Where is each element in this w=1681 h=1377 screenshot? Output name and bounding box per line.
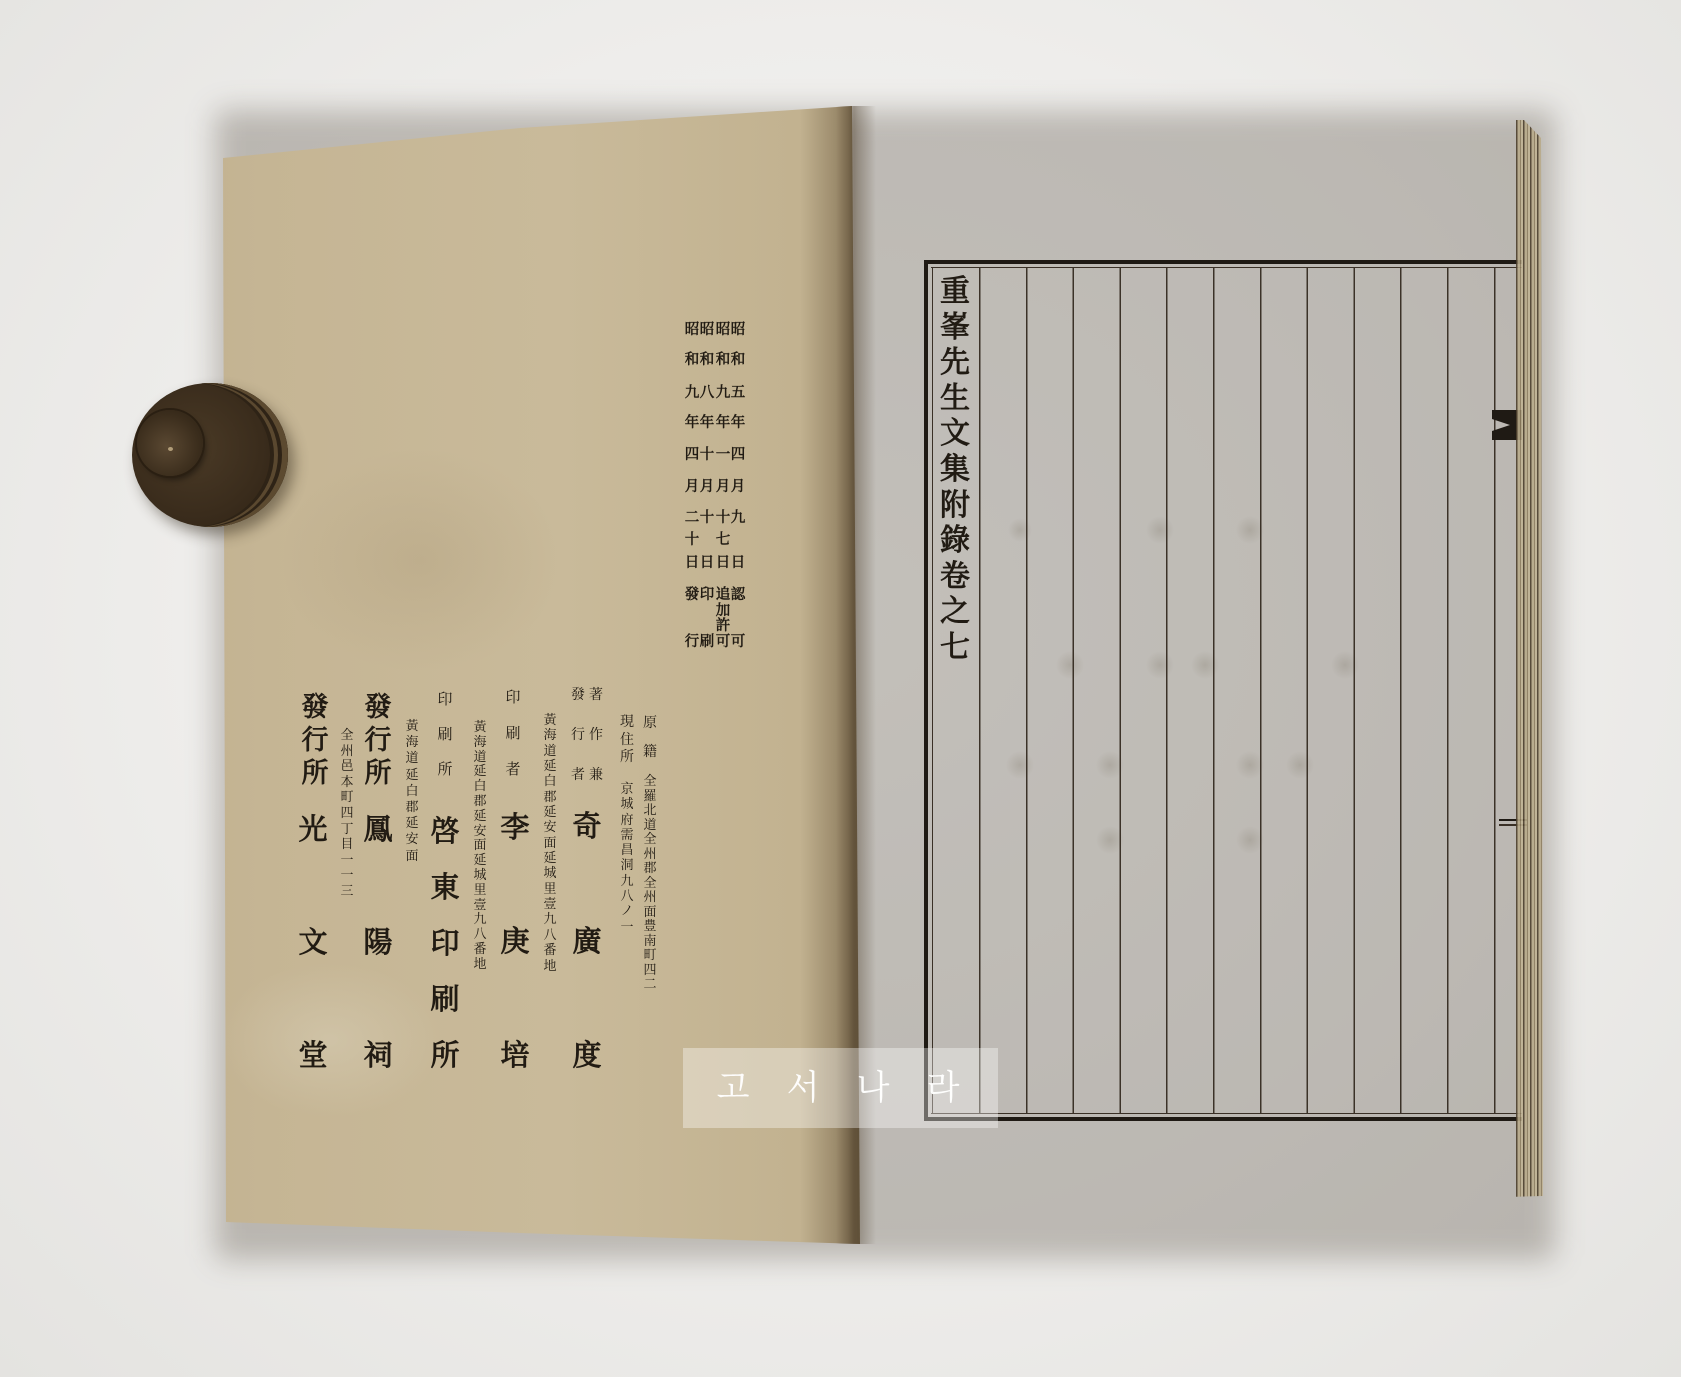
glyph: 和: [715, 352, 731, 367]
glyph: 集: [937, 455, 973, 485]
glyph: 番: [541, 944, 559, 959]
glyph: 道: [641, 819, 659, 834]
glyph: 發: [299, 694, 331, 721]
glyph: 刷: [504, 726, 522, 741]
glyph: 邑: [338, 760, 356, 776]
glyph: 九: [471, 913, 489, 928]
glyph: 地: [541, 960, 559, 975]
glyph: 一: [338, 869, 356, 885]
glyph: 安: [403, 833, 421, 849]
date-era: 昭和: [684, 322, 700, 367]
glyph: 白: [403, 785, 421, 801]
glyph: 加: [715, 603, 731, 618]
glyph: 豊: [641, 920, 659, 935]
frame-border-left-inner: [932, 267, 933, 1114]
glyph: 地: [471, 958, 489, 973]
glyph: 啓: [428, 817, 462, 846]
glyph: 陽: [361, 928, 395, 957]
glyph: 原: [641, 716, 659, 730]
glyph: 所: [428, 1041, 462, 1070]
glyph: 町: [338, 791, 356, 807]
glyph: 白: [471, 780, 489, 795]
glyph: 서: [768, 1071, 838, 1105]
glyph: 全: [641, 833, 659, 848]
glyph: 文: [296, 928, 330, 957]
glyph: 發: [362, 694, 394, 721]
glyph: 城: [471, 869, 489, 884]
glyph: 度: [570, 1041, 604, 1070]
glyph: 九: [730, 510, 746, 532]
frame-border-top: [925, 260, 1522, 264]
date-day-unit: 日: [699, 555, 715, 570]
glyph: 延: [541, 852, 559, 867]
glyph: 需: [618, 829, 636, 844]
glyph: 城: [541, 867, 559, 882]
glyph: 延: [541, 760, 559, 775]
residence-label: 現住所: [618, 715, 636, 764]
glyph: 十: [684, 532, 700, 554]
glyph: 行: [299, 727, 331, 754]
glyph: 著: [587, 688, 605, 702]
glyph: 七: [937, 633, 973, 663]
date-month-unit: 月: [730, 479, 746, 494]
frame-border-bottom-inner: [931, 1113, 1522, 1114]
glyph: 延: [471, 765, 489, 780]
date-day: 十七: [715, 510, 731, 554]
glyph: 延: [471, 854, 489, 869]
ruled-column-grid: [979, 267, 1499, 1114]
glyph: 面: [403, 850, 421, 866]
glyph: 一: [618, 921, 636, 936]
publisher-1-label: 發行所: [362, 694, 394, 787]
photo-stage: 昭和 五 年 四 月 九 日 認可 昭和 九 年 一 月 十七 日 追加許可 昭…: [0, 0, 1681, 1377]
glyph: 七: [715, 532, 731, 554]
glyph: 라: [908, 1071, 978, 1105]
origin-address: 全羅北道全州郡全州面豊南町四二: [641, 775, 659, 993]
date-day: 二十: [684, 510, 700, 554]
glyph: 九: [618, 875, 636, 890]
glyph: 南: [641, 935, 659, 950]
glyph: 庚: [498, 927, 532, 956]
glyph: 和: [699, 352, 715, 367]
glyph: 全: [338, 729, 356, 745]
glyph: 鳳: [361, 815, 395, 844]
date-month: 十: [699, 447, 715, 462]
glyph: 卷: [937, 562, 973, 592]
glyph: 町: [641, 949, 659, 964]
glyph: 郡: [471, 795, 489, 810]
glyph: 文: [937, 419, 973, 449]
frame-border-left: [924, 260, 928, 1121]
glyph: 住: [618, 733, 636, 747]
glyph: 昭: [684, 322, 700, 337]
glyph: 刷: [436, 727, 454, 742]
glyph: 黃: [403, 720, 421, 736]
glyph: 面: [541, 837, 559, 852]
glyph: 昭: [699, 322, 715, 337]
glyph: 刷: [428, 985, 462, 1014]
date-month: 四: [684, 447, 700, 462]
glyph: 者: [569, 768, 587, 782]
glyph: 所: [299, 760, 331, 787]
glyph: 郡: [541, 791, 559, 806]
glyph: 四: [338, 807, 356, 823]
date-year-unit: 年: [699, 415, 715, 430]
glyph: 四: [641, 964, 659, 979]
glyph: 印: [504, 690, 522, 705]
glyph: 安: [541, 821, 559, 836]
date-label: 追加許可: [715, 587, 731, 649]
glyph: 八: [471, 928, 489, 943]
glyph: 延: [403, 769, 421, 785]
print-shop-address: 黃海道延白郡延安面延城里壹九八番地: [471, 721, 489, 973]
glyph: 峯: [937, 313, 973, 343]
page-edge-stack: [1516, 120, 1543, 1198]
glyph: 黃: [541, 714, 559, 729]
glyph: 番: [471, 943, 489, 958]
glyph: 現: [618, 715, 636, 729]
glyph: 可: [730, 634, 746, 649]
publisher-2-label: 發行所: [299, 694, 331, 787]
glyph: 重: [937, 277, 973, 307]
glyph: 三: [338, 885, 356, 901]
glyph: 兼: [587, 768, 605, 782]
publisher-2-name: 光文堂: [296, 815, 330, 1070]
date-column-additional-permit: 昭和 九 年 一 月 十七 日 追加許可: [715, 322, 731, 662]
glyph: 印: [436, 692, 454, 707]
glyph: 東: [428, 873, 462, 902]
glyph: 道: [541, 745, 559, 760]
printer-label: 印刷者: [504, 690, 522, 777]
glyph: 二: [641, 978, 659, 993]
glyph: 九: [541, 913, 559, 928]
date-month: 四: [730, 447, 746, 462]
frame-border-bottom: [925, 1117, 1522, 1121]
date-day-unit: 日: [730, 555, 746, 570]
glyph: 十: [699, 510, 715, 532]
glyph: 州: [641, 848, 659, 863]
watermark: 고서나라: [683, 1048, 998, 1128]
glyph: 八: [541, 929, 559, 944]
glyph: 里: [471, 884, 489, 899]
glyph: 昭: [715, 322, 731, 337]
date-label: 發行: [684, 587, 700, 649]
date-era: 昭和: [699, 322, 715, 367]
glyph: 一: [338, 854, 356, 870]
date-year-unit: 年: [730, 415, 746, 430]
glyph: 可: [715, 634, 731, 649]
glyph: 所: [362, 760, 394, 787]
glyph: 府: [618, 814, 636, 829]
residence-address: 京城府需昌洞九八ノ一: [618, 783, 636, 936]
paperweight-knob: [137, 410, 203, 476]
glyph: 培: [498, 1041, 532, 1070]
glyph: 延: [403, 817, 421, 833]
glyph: 海: [471, 736, 489, 751]
glyph: ノ: [618, 905, 636, 920]
date-label: 認可: [730, 587, 746, 649]
date-month-unit: 月: [699, 479, 715, 494]
glyph: 州: [641, 891, 659, 906]
publisher-person-label: 發行者: [569, 688, 587, 782]
glyph: 追: [715, 587, 731, 602]
date-year-unit: 年: [684, 415, 700, 430]
glyph: 者: [504, 762, 522, 777]
glyph: 堂: [296, 1041, 330, 1070]
glyph: 作: [587, 728, 605, 742]
glyph: 祠: [361, 1041, 395, 1070]
printer-address: 黃海道延白郡延安面延城里壹九八番地: [541, 714, 559, 975]
glyph: 行: [684, 634, 700, 649]
glyph: 光: [296, 815, 330, 844]
glyph: 道: [471, 751, 489, 766]
date-label: 印刷: [699, 587, 715, 649]
glyph: 行: [362, 727, 394, 754]
date-month: 一: [715, 447, 731, 462]
glyph: 羅: [641, 790, 659, 805]
glyph: 李: [498, 813, 532, 842]
glyph: 面: [641, 906, 659, 921]
origin-label: 原籍: [641, 716, 659, 759]
publisher-1-name: 鳳陽祠: [361, 815, 395, 1070]
author-label: 著作兼: [587, 688, 605, 782]
glyph: 全: [641, 775, 659, 790]
glyph: 安: [471, 825, 489, 840]
glyph: 州: [338, 745, 356, 761]
paperweight-highlight: [168, 447, 173, 451]
glyph: 나: [838, 1071, 908, 1105]
glyph: 許: [715, 618, 731, 633]
glyph: 目: [338, 838, 356, 854]
glyph: 海: [541, 729, 559, 744]
glyph: 奇: [570, 812, 604, 841]
date-day: 十: [699, 510, 715, 532]
glyph: 發: [684, 587, 700, 602]
glyph: 錄: [937, 526, 973, 556]
glyph: 籍: [641, 745, 659, 759]
print-shop-label: 印刷所: [436, 692, 454, 777]
publisher-1-address: 黃海道延白郡延安面: [403, 720, 421, 866]
glyph: 北: [641, 804, 659, 819]
glyph: 發: [569, 688, 587, 702]
glyph: 刷: [699, 634, 715, 649]
glyph: 印: [428, 929, 462, 958]
frame-border-top-inner: [931, 267, 1522, 268]
date-year: 九: [684, 385, 700, 400]
glyph: 之: [937, 597, 973, 627]
glyph: 京: [618, 783, 636, 798]
glyph: 郡: [641, 862, 659, 877]
glyph: 城: [618, 798, 636, 813]
glyph: 印: [699, 587, 715, 602]
date-month-unit: 月: [684, 479, 700, 494]
date-day-unit: 日: [715, 555, 731, 570]
glyph: 廣: [570, 927, 604, 956]
glyph: 黃: [471, 721, 489, 736]
glyph: 二: [684, 510, 700, 532]
glyph: 十: [715, 510, 731, 532]
glyph: 和: [730, 352, 746, 367]
print-shop-name: 啓東印刷所: [428, 817, 462, 1070]
glyph: 和: [684, 352, 700, 367]
glyph: 白: [541, 775, 559, 790]
glyph: 所: [436, 762, 454, 777]
printer-name: 李庚培: [498, 813, 532, 1070]
publisher-2-address: 全州邑本町四丁目一一三: [338, 729, 356, 901]
date-year: 五: [730, 385, 746, 400]
glyph: 八: [618, 890, 636, 905]
glyph: 고: [698, 1071, 768, 1105]
glyph: 行: [569, 728, 587, 742]
date-column-approval: 昭和 五 年 四 月 九 日 認可: [730, 322, 746, 662]
date-era: 昭和: [715, 322, 731, 367]
glyph: 洞: [618, 859, 636, 874]
glyph: 面: [471, 839, 489, 854]
glyph: 昭: [730, 322, 746, 337]
date-year-unit: 年: [715, 415, 731, 430]
glyph: 昌: [618, 844, 636, 859]
date-column-publication: 昭和 九 年 四 月 二十 日 發行: [684, 322, 700, 662]
glyph: 全: [641, 877, 659, 892]
glyph: 附: [937, 491, 973, 521]
glyph: 本: [338, 776, 356, 792]
date-day: 九: [730, 510, 746, 532]
glyph: 里: [541, 883, 559, 898]
date-day-unit: 日: [684, 555, 700, 570]
glyph: 所: [618, 750, 636, 764]
glyph: 延: [471, 810, 489, 825]
glyph: 認: [730, 587, 746, 602]
date-month-unit: 月: [715, 479, 731, 494]
glyph: 海: [403, 736, 421, 752]
glyph: 先: [937, 348, 973, 378]
author-name: 奇廣度: [570, 812, 604, 1070]
glyph: 郡: [403, 801, 421, 817]
volume-title: 重峯先生文集附錄卷之七: [937, 277, 973, 663]
date-year: 八: [699, 385, 715, 400]
date-column-printing: 昭和 八 年 十 月 十 日 印刷: [699, 322, 715, 662]
glyph: 丁: [338, 823, 356, 839]
glyph: 道: [403, 752, 421, 768]
date-era: 昭和: [730, 322, 746, 367]
glyph: 生: [937, 384, 973, 414]
date-year: 九: [715, 385, 731, 400]
